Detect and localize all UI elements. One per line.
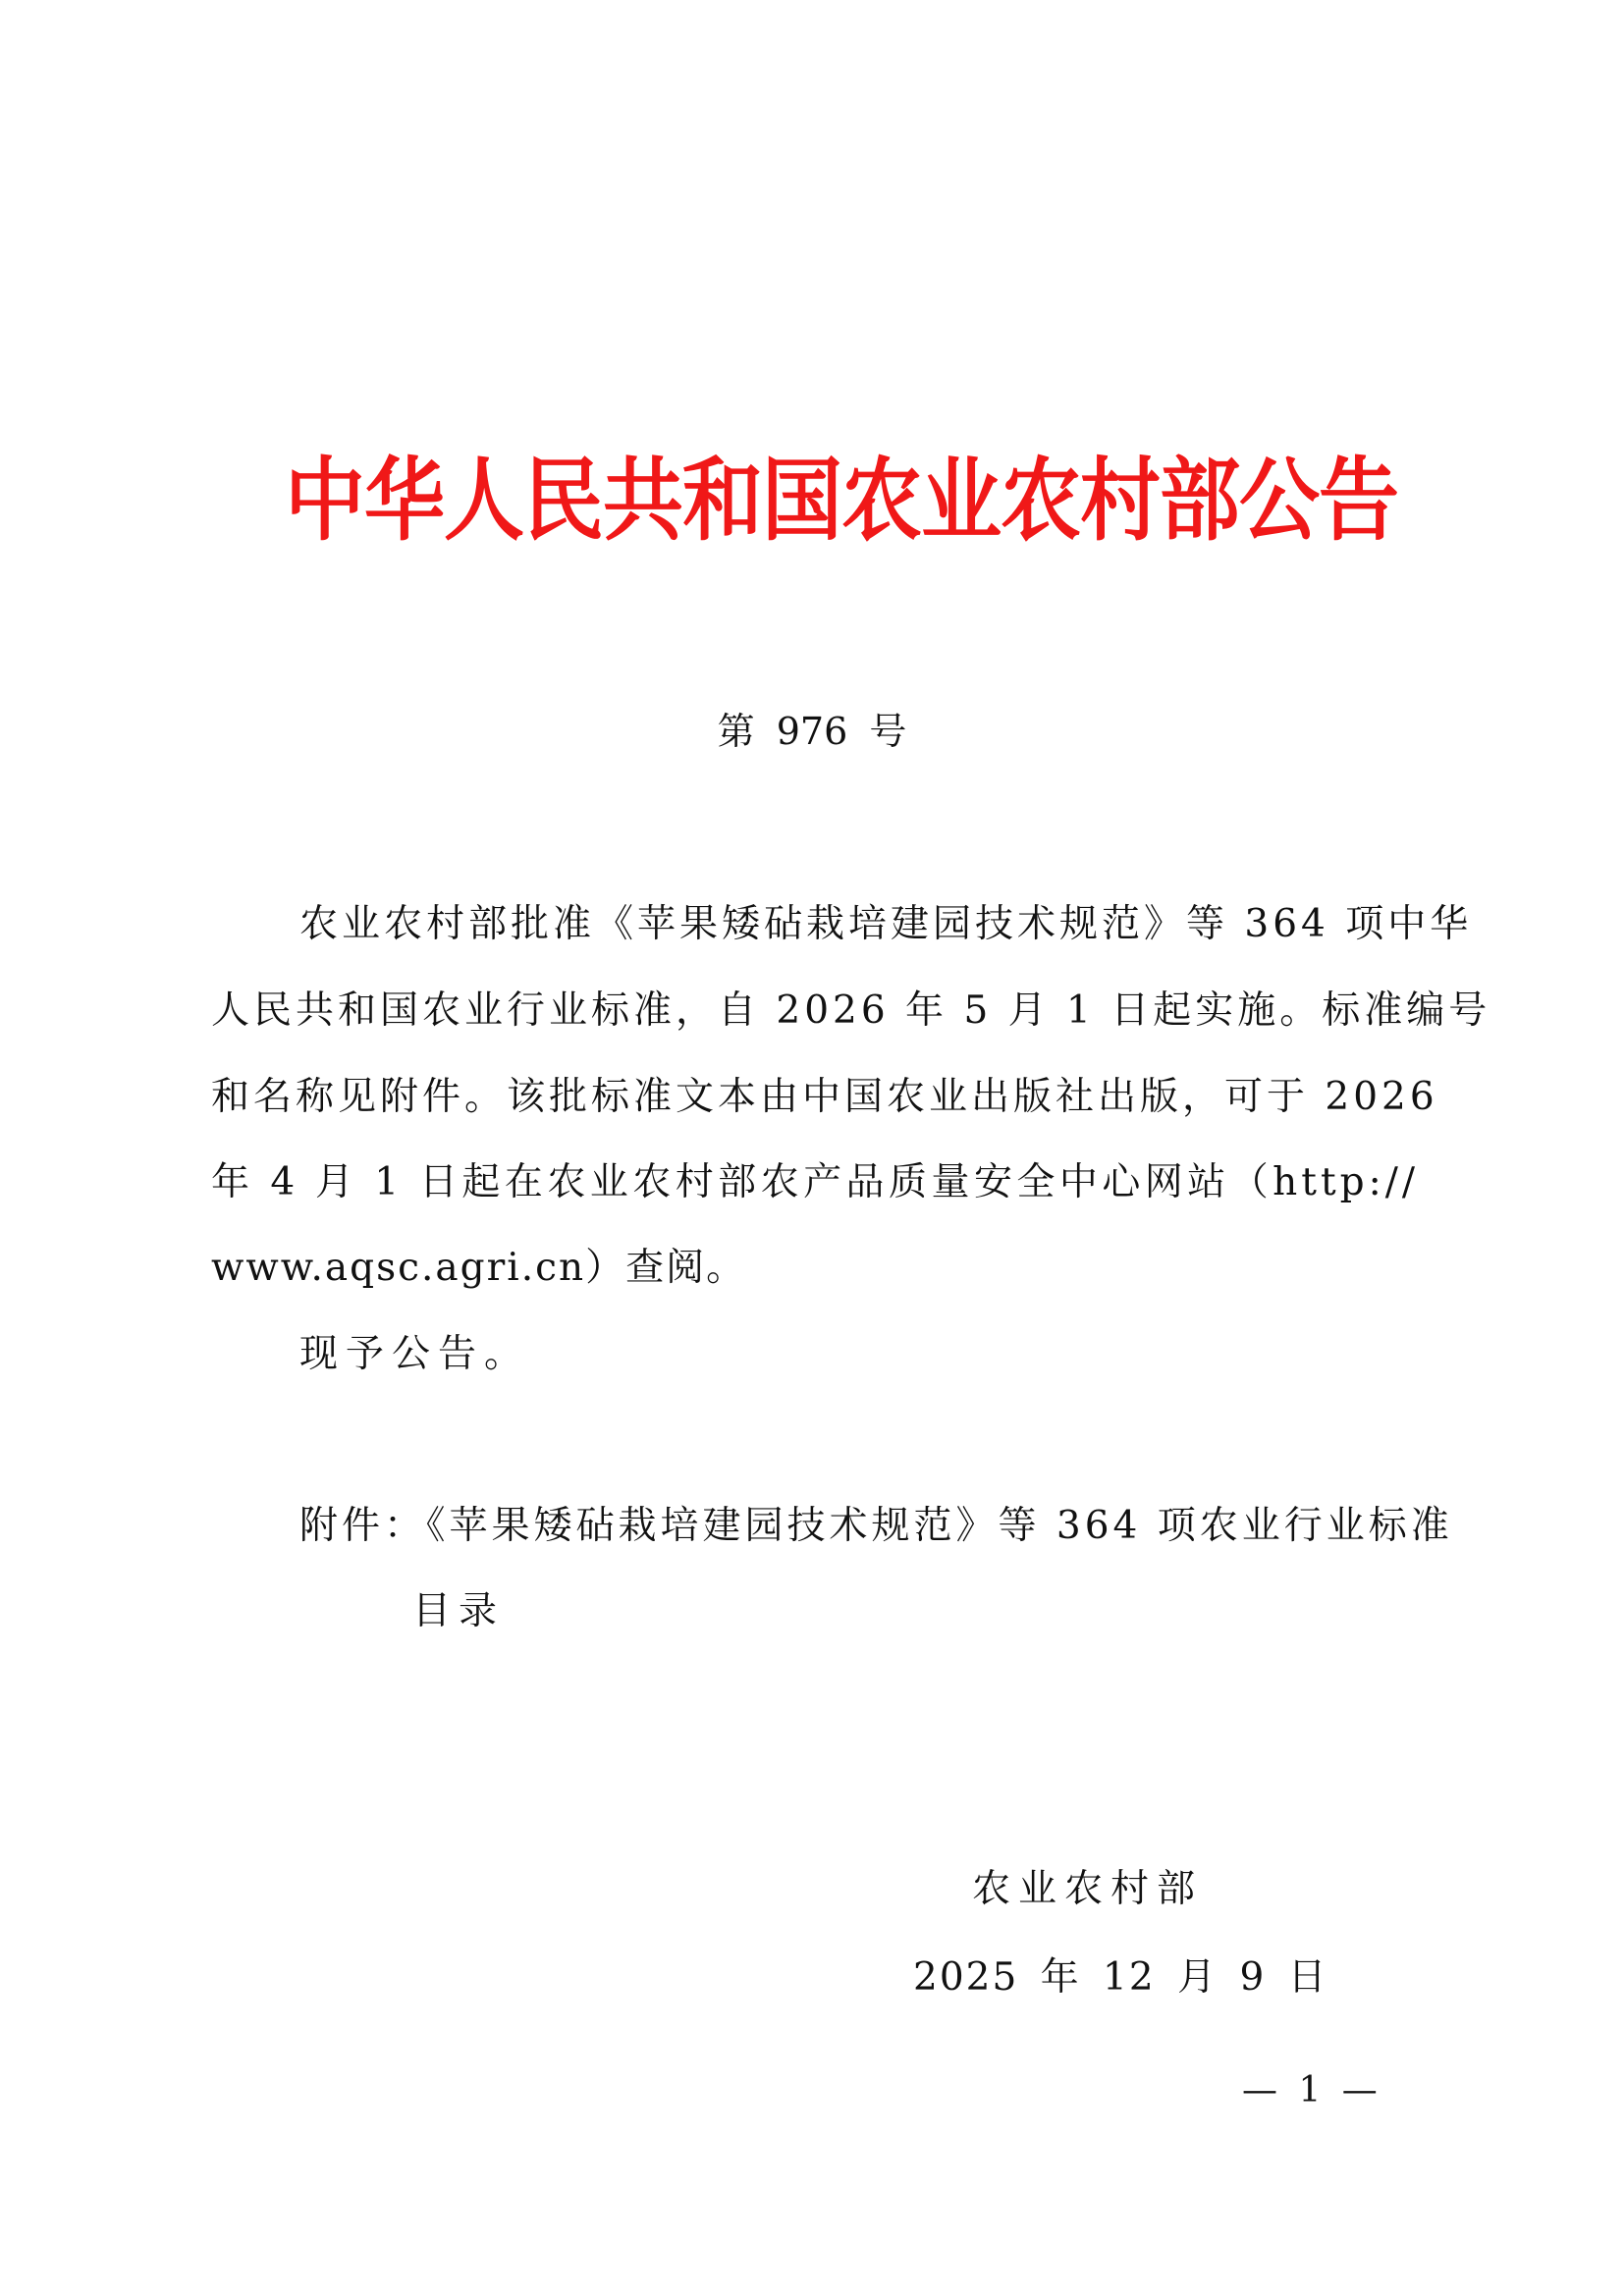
body-line-5: www.aqsc.agri.cn）查阅。	[211, 1239, 1419, 1298]
body-line-2: 人民共和国农业行业标准，自 2026 年 5 月 1 日起实施。标准编号	[211, 982, 1419, 1041]
document-title: 中华人民共和国农业农村部公告	[285, 435, 1345, 566]
document-number: 第 976 号	[0, 702, 1624, 761]
signature: 农业农村部	[972, 1860, 1203, 1919]
document-page: 中华人民共和国农业农村部公告 第 976 号 农业农村部批准《苹果矮砧栽培建园技…	[0, 0, 1624, 2296]
issue-date: 2025 年 12 月 9 日	[913, 1949, 1328, 2007]
body-line-4: 年 4 月 1 日起在农业农村部农产品质量安全中心网站（http://	[211, 1153, 1419, 1212]
attachment-line-1: 附件：《苹果矮砧栽培建园技术规范》等 364 项农业行业标准	[299, 1497, 1419, 1556]
body-line-3: 和名称见附件。该批标准文本由中国农业出版社出版，可于 2026	[211, 1068, 1419, 1127]
closing-text: 现予公告。	[299, 1325, 1507, 1384]
attachment-line-2: 目录	[412, 1582, 1620, 1641]
body-line-1: 农业农村部批准《苹果矮砧栽培建园技术规范》等 364 项中华	[211, 895, 1419, 954]
page-number: — 1 —	[1242, 2061, 1378, 2120]
